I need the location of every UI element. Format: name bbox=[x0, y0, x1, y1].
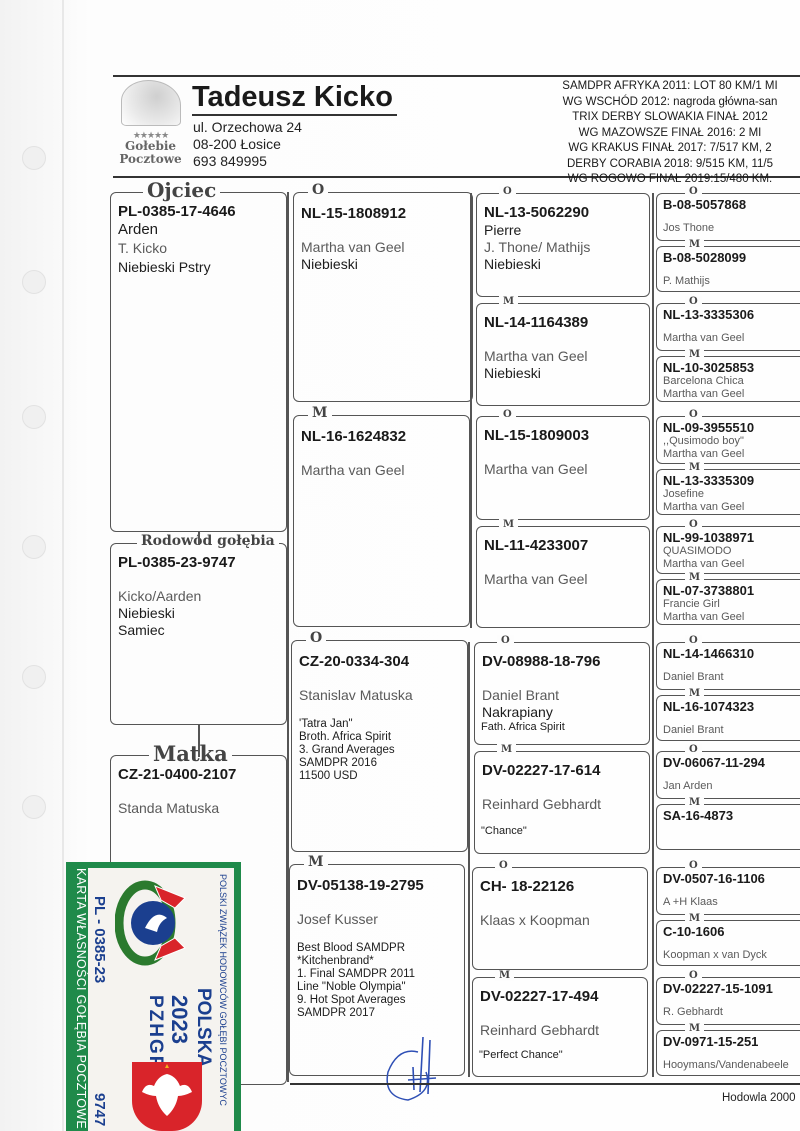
card-country: POLSKA bbox=[192, 988, 214, 1067]
color: Niebieski bbox=[301, 256, 472, 273]
gen4-box: ODV-0507-16-1106A +H Klaas bbox=[656, 867, 800, 915]
sex-male-label: O bbox=[308, 182, 328, 198]
detail-line: Daniel Brant bbox=[663, 671, 800, 684]
gen4-box: MDV-0971-15-251Hooymans/Vandenabeele bbox=[656, 1030, 800, 1076]
sex-male-label: O bbox=[499, 409, 516, 420]
connector bbox=[468, 642, 470, 1077]
ring-number: NL-15-1808912 bbox=[301, 205, 472, 223]
gen4-box: MNL-13-3335309JosefineMartha van Geel bbox=[656, 469, 800, 515]
detail-line: A +H Klaas bbox=[663, 896, 800, 909]
connector bbox=[198, 724, 200, 757]
card-ring-prefix: PL - 0385-23 bbox=[91, 896, 108, 983]
sleeve-edge bbox=[62, 0, 64, 1131]
gen4-box: MNL-16-1074323Daniel Brant bbox=[656, 695, 800, 741]
card-year: 2023 bbox=[166, 995, 192, 1044]
subject-line: Niebieski bbox=[118, 605, 286, 622]
sex-female-label: M bbox=[308, 405, 332, 421]
note-line: Best Blood SAMDPR bbox=[297, 942, 464, 955]
card-ring-number: 9747 bbox=[91, 1093, 108, 1126]
achievements-list: SAMDPR AFRYKA 2011: LOT 80 KM/1 MIWG WSC… bbox=[520, 79, 800, 188]
achievement-line: WG MAZOWSZE FINAŁ 2016: 2 MI bbox=[520, 126, 800, 142]
ring-number: NL-07-3738801 bbox=[663, 583, 800, 598]
breeder: Martha van Geel bbox=[484, 348, 649, 365]
gen3-sss-box: O NL-13-5062290 Pierre J. Thone/ Mathijs… bbox=[476, 193, 650, 297]
detail-line: Josefine bbox=[663, 488, 800, 501]
color: Nakrapiany bbox=[482, 704, 649, 721]
sire-ring: PL-0385-17-4646 bbox=[118, 203, 286, 221]
ring-number: DV-05138-19-2795 bbox=[297, 877, 464, 895]
achievement-line: WG WSCHÓD 2012: nagroda główna-san bbox=[520, 95, 800, 111]
ring-number: NL-13-3335306 bbox=[663, 307, 800, 322]
ring-number: SA-16-4873 bbox=[663, 808, 800, 823]
note-line: SAMDPR 2016 bbox=[299, 757, 467, 770]
breeder: Daniel Brant bbox=[482, 687, 649, 704]
note-line: 9. Hot Spot Averages bbox=[297, 994, 464, 1007]
signature-mark bbox=[378, 1032, 448, 1112]
detail-line: ,,Qusimodo boy" bbox=[663, 435, 800, 448]
achievement-line: SAMDPR AFRYKA 2011: LOT 80 KM/1 MI bbox=[520, 79, 800, 95]
address-city: 08-200 Łosice bbox=[193, 136, 302, 153]
ring-number: NL-99-1038971 bbox=[663, 530, 800, 545]
achievement-line: WG ROGOWO FINAŁ 2019:15/480 KM. bbox=[520, 172, 800, 188]
breeder: J. Thone/ Mathijs bbox=[484, 239, 649, 256]
gen3-dsd-box: M DV-02227-17-614 Reinhard Gebhardt "Cha… bbox=[474, 751, 650, 854]
ring-number: NL-14-1164389 bbox=[484, 314, 649, 332]
breeder: Martha van Geel bbox=[301, 462, 469, 479]
note-line: Line "Noble Olympia" bbox=[297, 981, 464, 994]
gen4-box: ONL-13-3335306Martha van Geel bbox=[656, 303, 800, 351]
name: Pierre bbox=[484, 222, 649, 239]
detail-line: Martha van Geel bbox=[663, 448, 800, 461]
ring-number: NL-10-3025853 bbox=[663, 360, 800, 375]
gen4-box: MC-10-1606Koopman x van Dyck bbox=[656, 920, 800, 966]
header-top-rule bbox=[113, 75, 800, 77]
gen3-dss-box: O DV-08988-18-796 Daniel Brant Nakrapian… bbox=[474, 642, 650, 745]
breeder: Martha van Geel bbox=[301, 239, 472, 256]
sex-female-label: M bbox=[685, 572, 704, 583]
gen2-sd-box: M NL-16-1624832 Martha van Geel bbox=[293, 415, 470, 627]
dam-ring: CZ-21-0400-2107 bbox=[118, 766, 286, 784]
sex-female-label: M bbox=[497, 744, 516, 755]
ring-number: B-08-5057868 bbox=[663, 197, 800, 212]
sex-male-label: O bbox=[685, 635, 702, 646]
sex-male-label: O bbox=[685, 744, 702, 755]
dam-breeder: Standa Matuska bbox=[118, 800, 286, 817]
note-line: 11500 USD bbox=[299, 770, 467, 783]
ring-number: DV-02227-17-614 bbox=[482, 762, 649, 780]
ring-number: DV-08988-18-796 bbox=[482, 653, 649, 671]
detail-line: Martha van Geel bbox=[663, 501, 800, 514]
polish-eagle-emblem-icon bbox=[132, 1062, 202, 1131]
sex-female-label: M bbox=[685, 797, 704, 808]
sex-female-label: M bbox=[304, 854, 328, 870]
notes: 'Tatra Jan"Broth. Africa Spirit3. Grand … bbox=[292, 718, 467, 783]
owner-name: Tadeusz Kicko bbox=[192, 80, 397, 116]
sex-female-label: M bbox=[685, 913, 704, 924]
footer-text: Hodowla 2000 bbox=[722, 1092, 796, 1104]
ring-number: NL-16-1624832 bbox=[301, 428, 469, 446]
gen4-box: ONL-99-1038971QUASIMODOMartha van Geel bbox=[656, 526, 800, 574]
achievement-line: WG KRAKUS FINAŁ 2017: 7/517 KM, 2 bbox=[520, 141, 800, 157]
gen2-ss-box: O NL-15-1808912 Martha van Geel Niebiesk… bbox=[293, 192, 473, 402]
pzhgp-seal-icon bbox=[115, 878, 191, 968]
ring-number: CH- 18-22126 bbox=[480, 878, 647, 896]
dam-label: Matka bbox=[149, 741, 232, 766]
connector bbox=[652, 193, 654, 1077]
gen4-box: ONL-14-1466310Daniel Brant bbox=[656, 642, 800, 690]
note: "Chance" bbox=[481, 825, 649, 838]
sex-male-label: O bbox=[499, 186, 516, 197]
sex-female-label: M bbox=[495, 970, 514, 981]
subject-box: Rodowód gołębia PL-0385-23-9747 Kicko/Aa… bbox=[110, 543, 287, 725]
note-line: 'Tatra Jan" bbox=[299, 718, 467, 731]
sire-color: Niebieski Pstry bbox=[118, 259, 286, 276]
ring-number: CZ-20-0334-304 bbox=[299, 653, 467, 671]
ring-number: DV-02227-15-1091 bbox=[663, 981, 800, 996]
ring-number: NL-11-4233007 bbox=[484, 537, 649, 555]
gen4-box: ODV-02227-15-1091R. Gebhardt bbox=[656, 977, 800, 1025]
note-line: *Kitchenbrand* bbox=[297, 955, 464, 968]
gen4-box: MSA-16-4873 bbox=[656, 804, 800, 850]
punch-hole bbox=[22, 535, 46, 559]
ring-number: NL-16-1074323 bbox=[663, 699, 800, 714]
gen3-ssd-box: M NL-14-1164389 Martha van Geel Niebiesk… bbox=[476, 303, 650, 406]
breeder: Klaas x Koopman bbox=[480, 912, 647, 929]
owner-address: ul. Orzechowa 24 08-200 Łosice 693 84999… bbox=[193, 119, 302, 170]
card-org: POLSKI ZWIĄZEK HODOWCÓW GOŁĘBI POCZTOWYC bbox=[218, 874, 228, 1106]
logo-text-2: Pocztowe bbox=[113, 153, 188, 166]
gen3-sds-box: O NL-15-1809003 Martha van Geel bbox=[476, 416, 650, 520]
detail-line: Jan Arden bbox=[663, 780, 800, 793]
detail-line: Francie Girl bbox=[663, 598, 800, 611]
sex-male-label: O bbox=[685, 296, 702, 307]
achievement-line: DERBY CORABIA 2018: 9/515 KM, 11/5 bbox=[520, 157, 800, 173]
sex-male-label: O bbox=[685, 186, 702, 197]
ring-number: NL-13-3335309 bbox=[663, 473, 800, 488]
note: Fath. Africa Spirit bbox=[481, 721, 649, 734]
gen4-box: MB-08-5028099P. Mathijs bbox=[656, 246, 800, 292]
breeder: Reinhard Gebhardt bbox=[482, 796, 649, 813]
note-line: 3. Grand Averages bbox=[299, 744, 467, 757]
note-line: Broth. Africa Spirit bbox=[299, 731, 467, 744]
connector bbox=[198, 531, 200, 545]
color: Niebieski bbox=[484, 365, 649, 382]
detail-line: Koopman x van Dyck bbox=[663, 949, 800, 962]
detail-line: QUASIMODO bbox=[663, 545, 800, 558]
achievement-line: TRIX DERBY SLOWAKIA FINAŁ 2012 bbox=[520, 110, 800, 126]
sex-female-label: M bbox=[499, 296, 518, 307]
punch-hole bbox=[22, 270, 46, 294]
sex-female-label: M bbox=[685, 349, 704, 360]
gen3-sdd-box: M NL-11-4233007 Martha van Geel bbox=[476, 526, 650, 628]
ring-number: B-08-5028099 bbox=[663, 250, 800, 265]
ring-number: NL-09-3955510 bbox=[663, 420, 800, 435]
sex-male-label: O bbox=[495, 860, 512, 871]
detail-line: Martha van Geel bbox=[663, 558, 800, 571]
punch-hole bbox=[22, 146, 46, 170]
sex-male-label: O bbox=[497, 635, 514, 646]
breeder: Martha van Geel bbox=[484, 461, 649, 478]
footer-rule bbox=[290, 1083, 800, 1085]
detail-line: Martha van Geel bbox=[663, 332, 800, 345]
breeder: Josef Kusser bbox=[297, 911, 464, 928]
gen3-dds-box: O CH- 18-22126 Klaas x Koopman bbox=[472, 867, 648, 970]
sex-male-label: O bbox=[685, 860, 702, 871]
sire-label: Ojciec bbox=[143, 178, 220, 202]
sex-male-label: O bbox=[685, 519, 702, 530]
gen2-ds-box: O CZ-20-0334-304 Stanislav Matuska 'Tatr… bbox=[291, 640, 468, 852]
detail-line: Martha van Geel bbox=[663, 388, 800, 401]
color: Niebieski bbox=[484, 256, 649, 273]
ring-number: NL-15-1809003 bbox=[484, 427, 649, 445]
ring-number: DV-06067-11-294 bbox=[663, 755, 800, 770]
detail-line: Barcelona Chica bbox=[663, 375, 800, 388]
subject-line: Kicko/Aarden bbox=[118, 588, 286, 605]
sex-female-label: M bbox=[499, 519, 518, 530]
breeder: Stanislav Matuska bbox=[299, 687, 467, 704]
sex-female-label: M bbox=[685, 1023, 704, 1034]
punch-hole bbox=[22, 665, 46, 689]
detail-line: Martha van Geel bbox=[663, 611, 800, 624]
address-phone: 693 849995 bbox=[193, 153, 302, 170]
ring-number: DV-02227-17-494 bbox=[480, 988, 647, 1006]
subject-line: Samiec bbox=[118, 622, 286, 639]
address-street: ul. Orzechowa 24 bbox=[193, 119, 302, 136]
pigeon-logo: ★★★★★ Gołebie Pocztowe bbox=[113, 80, 188, 170]
sex-female-label: M bbox=[685, 688, 704, 699]
sex-male-label: O bbox=[685, 409, 702, 420]
subject-label: Rodowód gołębia bbox=[137, 533, 279, 549]
note-line: SAMDPR 2017 bbox=[297, 1007, 464, 1020]
sex-male-label: O bbox=[685, 970, 702, 981]
note: "Perfect Chance" bbox=[479, 1049, 647, 1062]
detail-line: P. Mathijs bbox=[663, 275, 800, 288]
sex-male-label: O bbox=[306, 630, 326, 646]
gen4-box: ODV-06067-11-294Jan Arden bbox=[656, 751, 800, 799]
breeder: Martha van Geel bbox=[484, 571, 649, 588]
punch-hole bbox=[22, 795, 46, 819]
punch-hole bbox=[22, 405, 46, 429]
pigeon-head-icon bbox=[121, 80, 181, 126]
ring-number: DV-0971-15-251 bbox=[663, 1034, 800, 1049]
gen4-box: OB-08-5057868Jos Thone bbox=[656, 193, 800, 241]
sire-name: Arden bbox=[118, 221, 286, 238]
gen3-ddd-box: M DV-02227-17-494 Reinhard Gebhardt "Per… bbox=[472, 977, 648, 1077]
detail-line: Daniel Brant bbox=[663, 724, 800, 737]
ring-number: C-10-1606 bbox=[663, 924, 800, 939]
note-line: 1. Final SAMDPR 2011 bbox=[297, 968, 464, 981]
ring-number: DV-0507-16-1106 bbox=[663, 871, 800, 886]
sex-female-label: M bbox=[685, 239, 704, 250]
gen4-box: ONL-09-3955510,,Qusimodo boy"Martha van … bbox=[656, 416, 800, 464]
gen4-box: MNL-07-3738801Francie GirlMartha van Gee… bbox=[656, 579, 800, 625]
sire-breeder: T. Kicko bbox=[118, 240, 286, 257]
detail-line: Jos Thone bbox=[663, 222, 800, 235]
breeder: Reinhard Gebhardt bbox=[480, 1022, 647, 1039]
card-assoc: PZHGP bbox=[144, 995, 166, 1070]
notes: Best Blood SAMDPR*Kitchenbrand*1. Final … bbox=[290, 942, 464, 1020]
sex-female-label: M bbox=[685, 462, 704, 473]
subject-ring: PL-0385-23-9747 bbox=[118, 554, 286, 572]
gen4-box: MNL-10-3025853Barcelona ChicaMartha van … bbox=[656, 356, 800, 402]
sire-box: Ojciec PL-0385-17-4646 Arden T. Kicko Ni… bbox=[110, 192, 287, 532]
ring-number: NL-14-1466310 bbox=[663, 646, 800, 661]
connector bbox=[470, 193, 472, 628]
detail-line: Hooymans/Vandenabeele bbox=[663, 1059, 800, 1072]
detail-line: R. Gebhardt bbox=[663, 1006, 800, 1019]
card-title: KARTA WŁASNOŚCI GOŁĘBIA POCZTOWE bbox=[74, 868, 88, 1129]
ring-number: NL-13-5062290 bbox=[484, 204, 649, 222]
